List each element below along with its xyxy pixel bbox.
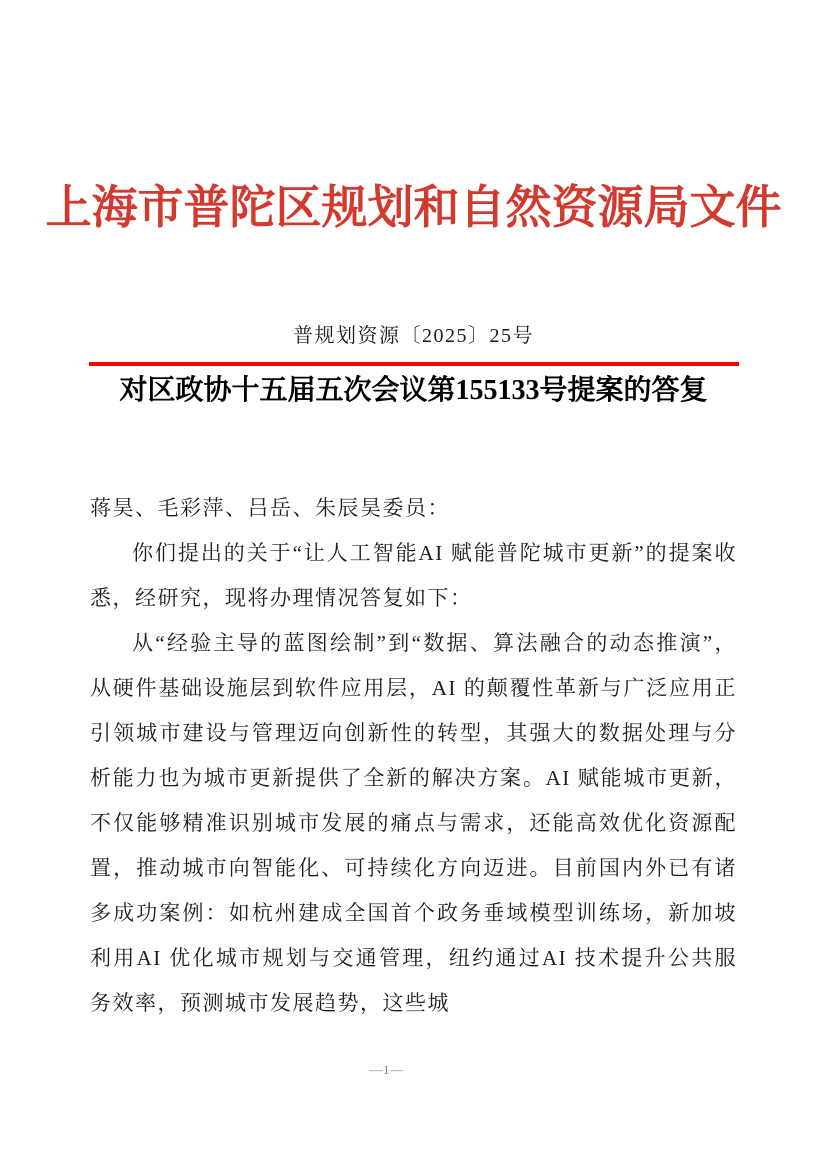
body-paragraph: 从“经验主导的蓝图绘制”到“数据、算法融合的动态推演”，从硬件基础设施层到软件应… (90, 621, 737, 1026)
document-number: 普规划资源〔2025〕25号 (0, 324, 827, 348)
document-title: 对区政协十五届五次会议第155133号提案的答复 (0, 372, 827, 410)
page-number: —1— (0, 1062, 773, 1078)
agency-header-title: 上海市普陀区规划和自然资源局文件 (0, 0, 827, 238)
body-paragraph: 你们提出的关于“让人工智能AI 赋能普陀城市更新”的提案收悉，经研究，现将办理情… (90, 531, 737, 621)
salutation-line: 蒋昊、毛彩萍、吕岳、朱辰昊委员： (90, 486, 737, 531)
document-body: 蒋昊、毛彩萍、吕岳、朱辰昊委员： 你们提出的关于“让人工智能AI 赋能普陀城市更… (90, 486, 737, 1026)
red-divider-line (89, 362, 739, 366)
document-page: 上海市普陀区规划和自然资源局文件 普规划资源〔2025〕25号 对区政协十五届五… (0, 0, 827, 1170)
